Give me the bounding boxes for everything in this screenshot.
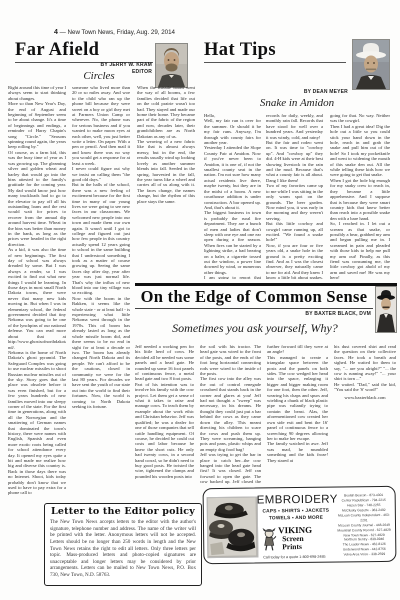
common-sense-column-2: the soil with his tractor. The head gate… xyxy=(200,344,261,484)
baxter-website: www.baxterblack.com xyxy=(334,395,396,400)
hat-tips-column-3: going for that. No way. Neither was the … xyxy=(330,113,390,279)
hat-tips-column-2: records for daily, weekly, and monthly r… xyxy=(266,113,323,279)
ad-phone-list: Beulah Beacon - 873-4301 Center Republic… xyxy=(335,493,394,558)
viking-ad: EMBROIDERY CAPS ▪ SHIRTS ▪ JACKETS TOWEL… xyxy=(203,486,397,564)
folio-page-number: 4 xyxy=(54,29,58,36)
far-afield-column-3: When the missile boom went the way of al… xyxy=(137,85,195,279)
dean-meyer-photo xyxy=(352,39,390,90)
far-afield-headline: Far Afield xyxy=(15,41,153,63)
phone-list-item: Velva Area Voice - 338-2599 xyxy=(335,552,393,558)
ad-products-line-2: TOWELS ▪ AND MORE xyxy=(257,516,335,522)
hat-tips-subhead: Snake in Amidon xyxy=(204,97,390,109)
caps-pile-icon xyxy=(208,498,257,557)
far-afield-column-2: someone who lived more than 20 or so mil… xyxy=(72,85,130,500)
common-sense-top-rule xyxy=(135,283,397,286)
viking-mascot-icon xyxy=(262,526,276,551)
common-sense-subhead: Sometimes you ask yourself, Why? xyxy=(135,321,375,336)
common-sense-headline: On the Edge of Common Sense xyxy=(135,288,373,309)
common-sense-column-1: Jeff needed a working pen for his little… xyxy=(135,344,194,502)
baxter-black-photo xyxy=(375,286,397,333)
common-sense-byline: BY BAXTER BLACK, DVM xyxy=(135,311,371,318)
caps-photo xyxy=(207,497,259,559)
newspaper-page: { "colors": { "ink": "#1d1d1d", "paper":… xyxy=(0,0,400,600)
common-sense-column-3: further forward till they were at an ang… xyxy=(267,344,328,484)
ad-brand-block: VIKING Screen Prints xyxy=(262,526,332,552)
letter-policy-body: The New Town News accepts letters to the… xyxy=(50,519,196,578)
letter-policy-box: Letter to the Editor policy The New Town… xyxy=(44,503,202,586)
hat-tips-column-1: Hello, Well, my fair run is over for the… xyxy=(204,113,261,279)
hat-tips-headline: Hat Tips xyxy=(204,41,346,63)
folio-line: 4 — New Town News, Friday, Aug. 29, 2014 xyxy=(54,29,175,36)
folio-date: — New Town News, Friday, Aug. 29, 2014 xyxy=(60,29,175,36)
letter-policy-title: Letter to the Editor policy xyxy=(50,507,196,517)
far-afield-column-1: Right around this time of year I always … xyxy=(8,85,66,500)
dean-meyer-portrait-icon xyxy=(353,40,389,89)
ad-products-line-1: CAPS ▪ SHIRTS ▪ JACKETS xyxy=(257,509,335,515)
ad-cta: Call today for a quote 1-800-698-2485 xyxy=(248,555,340,560)
far-afield-subhead: Circles xyxy=(8,70,190,82)
ad-brand-line-3: Prints xyxy=(282,542,312,550)
common-sense-column-4: his dust covered shirt and read the ques… xyxy=(334,344,396,484)
ad-brand-lines: VIKING Screen Prints xyxy=(278,526,312,551)
ad-title: EMBROIDERY xyxy=(257,494,335,507)
common-sense-column-4-text: his dust covered shirt and read the ques… xyxy=(334,344,396,393)
hat-tips-byline: BY DEAN MEYER xyxy=(240,89,348,96)
baxter-black-portrait-icon xyxy=(376,287,396,332)
